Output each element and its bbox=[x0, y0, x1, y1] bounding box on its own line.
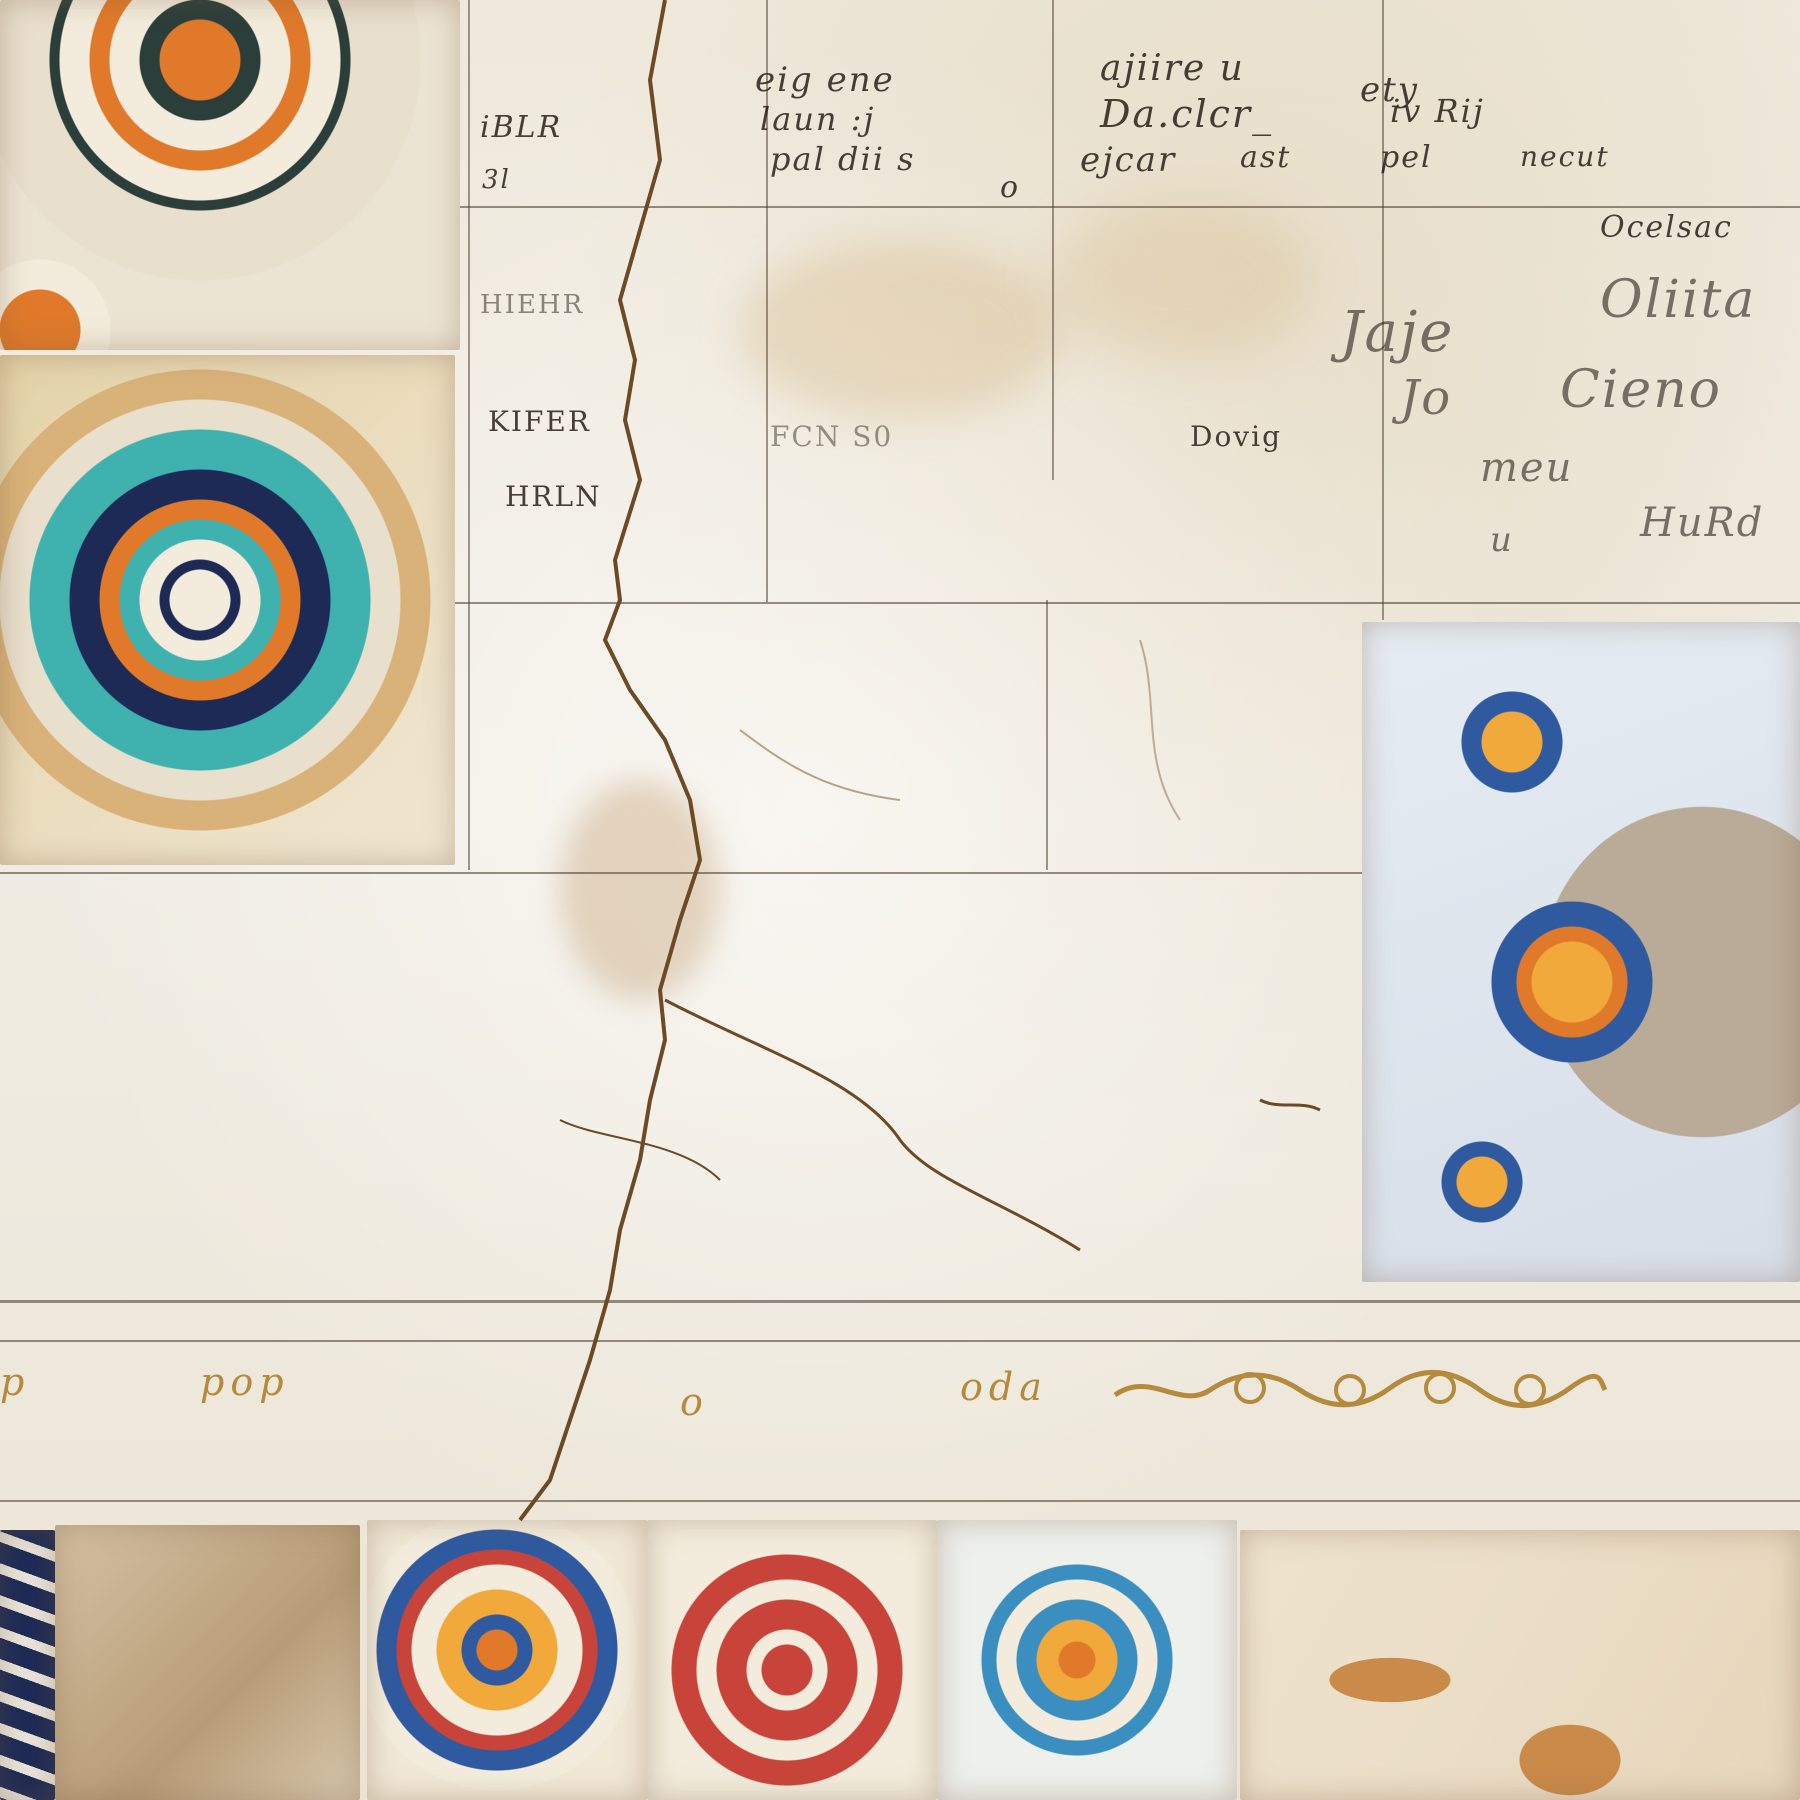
wall-crack bbox=[0, 0, 1800, 1800]
artwork-canvas: eig ene ajiire u ety iBLR laun :j Da.clc… bbox=[0, 0, 1800, 1800]
